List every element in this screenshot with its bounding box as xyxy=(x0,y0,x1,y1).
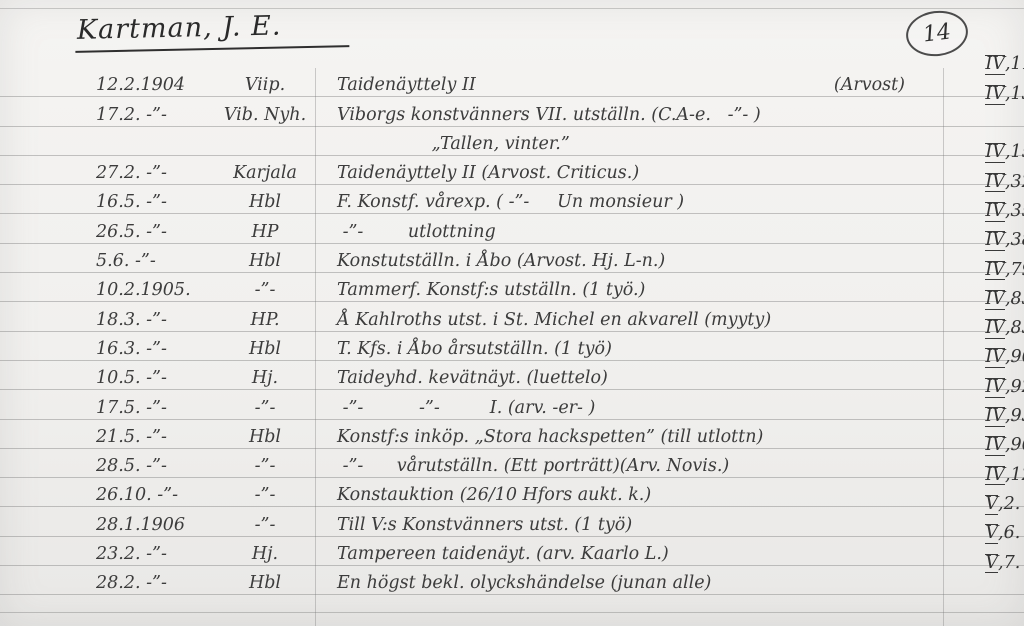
ledger-row: 23.2. -”- Hj. Tampereen taidenäyt. (arv.… xyxy=(0,537,1024,566)
entry-description: -”- vårutställn. (Ett porträtt)(Arv. Nov… xyxy=(337,456,729,476)
ledger-row: 16.3. -”- Hbl T. Kfs. i Åbo årsutställn.… xyxy=(0,332,1024,361)
card-title: Kartman, J. E. xyxy=(75,9,350,53)
entry-date: 21.5. -”- xyxy=(0,427,215,447)
entry-date: 5.6. -”- xyxy=(0,251,215,271)
entry-description: Å Kahlroths utst. i St. Michel en akvare… xyxy=(337,310,771,330)
entry-date: 23.2. -”- xyxy=(0,544,215,564)
entry-description-cell: -”- utlottning xyxy=(315,222,943,242)
entry-source: Hbl xyxy=(215,427,315,447)
entry-date: 26.5. -”- xyxy=(0,222,215,242)
entry-date: 28.5. -”- xyxy=(0,456,215,476)
ledger-row: 17.5. -”- -”- -”- -”- I. (arv. -er- ) IV… xyxy=(0,390,1024,419)
entry-date: 10.2.1905. xyxy=(0,280,215,300)
entry-description-cell: Konstauktion (26/10 Hfors aukt. k.) xyxy=(315,485,943,505)
entry-description-cell: Viborgs konstvänners VII. utställn. (C.A… xyxy=(315,105,943,125)
scanned-ledger-card: Kartman, J. E. 14 12.2.1904 Viip. Taiden… xyxy=(0,0,1024,626)
entry-description: Taideyhd. kevätnäyt. (luettelo) xyxy=(337,368,608,388)
entry-description-cell: F. Konstf. vårexp. ( -”- Un monsieur ) xyxy=(315,192,943,212)
entry-description-cell: „Tallen, vinter.” xyxy=(315,134,943,154)
entry-description: T. Kfs. i Åbo årsutställn. (1 työ) xyxy=(337,339,612,359)
entry-description: Tampereen taidenäyt. (arv. Kaarlo L.) xyxy=(337,544,669,564)
entry-description-cell: Konstutställn. i Åbo (Arvost. Hj. L-n.) xyxy=(315,251,943,271)
entry-date: 17.5. -”- xyxy=(0,398,215,418)
entry-date: 17.2. -”- xyxy=(0,105,215,125)
entry-source: Vib. Nyh. xyxy=(215,105,315,125)
ledger-row: 26.5. -”- HP -”- utlottning IV,35. xyxy=(0,214,1024,243)
ledger-row: 26.10. -”- -”- Konstauktion (26/10 Hfors… xyxy=(0,478,1024,507)
entry-date: 28.2. -”- xyxy=(0,573,215,593)
ledger-row: 16.5. -”- Hbl F. Konstf. vårexp. ( -”- U… xyxy=(0,185,1024,214)
entry-description-cell: En högst bekl. olyckshändelse (junan all… xyxy=(315,573,943,593)
entry-description-cell: Konstf:s inköp. „Stora hackspetten” (til… xyxy=(315,427,943,447)
ledger-row: 10.5. -”- Hj. Taideyhd. kevätnäyt. (luet… xyxy=(0,361,1024,390)
entry-description-cell: -”- vårutställn. (Ett porträtt)(Arv. Nov… xyxy=(315,456,943,476)
entry-description: „Tallen, vinter.” xyxy=(337,134,570,154)
card-header: Kartman, J. E. xyxy=(75,12,349,50)
entry-source: -”- xyxy=(215,485,315,505)
entry-description-cell: Till V:s Konstvänners utst. (1 työ) xyxy=(315,515,943,535)
entry-source: Hj. xyxy=(215,368,315,388)
entry-description: Taidenäyttely II xyxy=(337,75,476,95)
entry-description-cell: Taideyhd. kevätnäyt. (luettelo) xyxy=(315,368,943,388)
entry-source: Hbl xyxy=(215,573,315,593)
ledger-row: 18.3. -”- HP. Å Kahlroths utst. i St. Mi… xyxy=(0,302,1024,331)
ledger-row: 17.2. -”- Vib. Nyh. Viborgs konstvänners… xyxy=(0,97,1024,126)
entry-source: HP. xyxy=(215,310,315,330)
entry-description: Konstf:s inköp. „Stora hackspetten” (til… xyxy=(337,427,763,447)
entry-source: HP xyxy=(215,222,315,242)
entry-description-cell: -”- -”- I. (arv. -er- ) xyxy=(315,398,943,418)
entry-source: Viip. xyxy=(215,75,315,95)
reference-volume: V xyxy=(985,554,998,574)
ledger-rows: 12.2.1904 Viip. Taidenäyttely II (Arvost… xyxy=(0,68,1024,595)
entry-date: 16.3. -”- xyxy=(0,339,215,359)
entry-source: -”- xyxy=(215,456,315,476)
entry-source: Hbl xyxy=(215,251,315,271)
entry-date: 10.5. -”- xyxy=(0,368,215,388)
entry-source: Hbl xyxy=(215,192,315,212)
entry-source: -”- xyxy=(215,515,315,535)
entry-description-cell: Tammerf. Konstf:s utställn. (1 työ.) xyxy=(315,280,943,300)
entry-description: Konstutställn. i Åbo (Arvost. Hj. L-n.) xyxy=(337,251,665,271)
entry-description-cell: Å Kahlroths utst. i St. Michel en akvare… xyxy=(315,310,943,330)
entry-description-cell: Tampereen taidenäyt. (arv. Kaarlo L.) xyxy=(315,544,943,564)
entry-date: 18.3. -”- xyxy=(0,310,215,330)
reference-page: ,7. xyxy=(998,553,1020,573)
entry-description: Konstauktion (26/10 Hfors aukt. k.) xyxy=(337,485,651,505)
bottom-rule-line xyxy=(0,612,1024,613)
ledger-row: 10.2.1905. -”- Tammerf. Konstf:s utställ… xyxy=(0,273,1024,302)
entry-source: -”- xyxy=(215,398,315,418)
entry-source: Hbl xyxy=(215,339,315,359)
entry-source: Karjala xyxy=(215,163,315,183)
ledger-row: 27.2. -”- Karjala Taidenäyttely II (Arvo… xyxy=(0,156,1024,185)
entry-description-cell: T. Kfs. i Åbo årsutställn. (1 työ) xyxy=(315,339,943,359)
entry-date: 26.10. -”- xyxy=(0,485,215,505)
entry-date: 28.1.1906 xyxy=(0,515,215,535)
ledger-row: 5.6. -”- Hbl Konstutställn. i Åbo (Arvos… xyxy=(0,244,1024,273)
entry-date: 16.5. -”- xyxy=(0,192,215,212)
entry-description-cell: Taidenäyttely II (Arvost) xyxy=(315,75,943,95)
entry-description: -”- -”- I. (arv. -er- ) xyxy=(337,398,595,418)
entry-source: -”- xyxy=(215,280,315,300)
entry-date: 27.2. -”- xyxy=(0,163,215,183)
entry-description: -”- utlottning xyxy=(337,222,496,242)
entry-description: Taidenäyttely II (Arvost. Criticus.) xyxy=(337,163,639,183)
entry-description-cell: Taidenäyttely II (Arvost. Criticus.) xyxy=(315,163,943,183)
ledger-row: 28.1.1906 -”- Till V:s Konstvänners utst… xyxy=(0,507,1024,536)
entry-description: F. Konstf. vårexp. ( -”- Un monsieur ) xyxy=(337,192,684,212)
ledger-row: 12.2.1904 Viip. Taidenäyttely II (Arvost… xyxy=(0,68,1024,97)
entry-description: Tammerf. Konstf:s utställn. (1 työ.) xyxy=(337,280,645,300)
ledger-row: 21.5. -”- Hbl Konstf:s inköp. „Stora hac… xyxy=(0,420,1024,449)
ledger-row: 28.2. -”- Hbl En högst bekl. olyckshände… xyxy=(0,566,1024,595)
entry-annotation: (Arvost) xyxy=(834,75,933,95)
top-rule-line xyxy=(0,8,1024,9)
entry-date: 12.2.1904 xyxy=(0,75,215,95)
entry-source: Hj. xyxy=(215,544,315,564)
ledger-row: 28.5. -”- -”- -”- vårutställn. (Ett port… xyxy=(0,449,1024,478)
entry-description: Viborgs konstvänners VII. utställn. (C.A… xyxy=(337,105,761,125)
ledger-row: „Tallen, vinter.” xyxy=(0,127,1024,156)
entry-description: En högst bekl. olyckshändelse (junan all… xyxy=(337,573,711,593)
entry-description: Till V:s Konstvänners utst. (1 työ) xyxy=(337,515,632,535)
entry-reference: V,7. xyxy=(943,533,1024,594)
